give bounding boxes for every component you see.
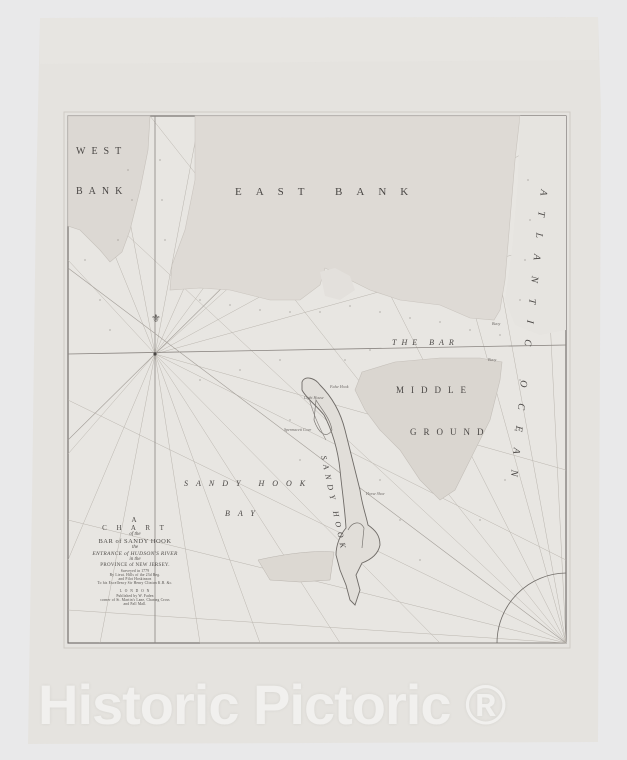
note-false-hook: False Hook [330, 385, 349, 389]
label-middle-ground-line1: MIDDLE [396, 386, 473, 395]
note-spermaceti-cove: Spermaceti Cove [284, 428, 311, 432]
cartouche-line: BAR of SANDY HOOK [76, 538, 194, 545]
note-light-house: Light House [304, 396, 324, 400]
label-middle-ground-line2: GROUND [410, 428, 491, 437]
cartouche-line: A [76, 516, 194, 524]
map-sheet: ⚜ WEST BANK EAST BANK THE BAR MIDDLE GRO… [0, 0, 627, 760]
cartouche-line: and Pall Mall. [76, 602, 194, 606]
label-sandy-hook-bay-line2: BAY [225, 510, 263, 518]
note-buoy-1: Buoy [492, 322, 500, 326]
label-west-bank-line2: BANK [76, 187, 128, 197]
cartouche-line: C H A R T [76, 524, 194, 532]
chart-graphics [0, 0, 627, 760]
title-cartouche: A C H A R T of the BAR of SANDY HOOK the… [76, 516, 194, 606]
label-the-bar: THE BAR [392, 339, 459, 347]
label-west-bank-line1: WEST [76, 147, 127, 157]
cartouche-line: To his Excellency Sir Henry Clinton K.B.… [76, 581, 194, 585]
label-sandy-hook-bay-line1: SANDY HOOK [184, 480, 313, 488]
compass-rose-icon [153, 352, 156, 355]
watermark: Historic Pictoric ® [38, 672, 505, 737]
note-buoy-2: Buoy [488, 358, 496, 362]
fleur-de-lis-icon: ⚜ [151, 312, 161, 325]
label-east-bank: EAST BANK [235, 187, 422, 198]
note-horse-shoe: Horse Shoe [366, 492, 385, 496]
